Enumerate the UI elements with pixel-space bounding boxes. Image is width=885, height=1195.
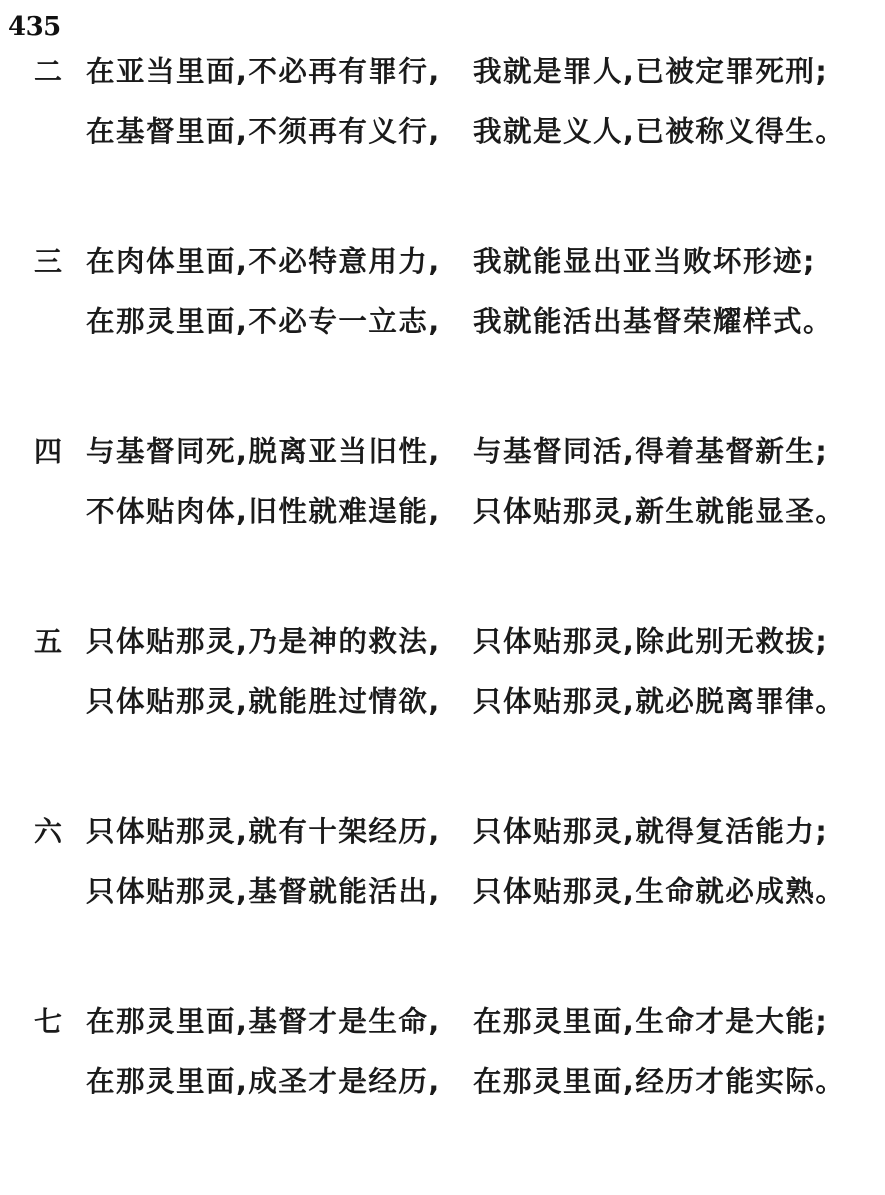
verse-line-second-half: 只体贴那灵,就必脱离罪律。 (473, 684, 845, 720)
stanza-7: 七 在那灵里面,基督才是生命, 在那灵里面,生命才是大能; 在那灵里面,成圣才是… (0, 1004, 885, 1134)
verse-line-second-half: 与基督同活,得着基督新生; (473, 434, 828, 470)
verse-line-second-half: 只体贴那灵,生命就必成熟。 (473, 874, 845, 910)
stanza-5: 五 只体贴那灵,乃是神的救法, 只体贴那灵,除此别无救拔; 只体贴那灵,就能胜过… (0, 624, 885, 754)
verse-line: 在那灵里面,不必专一立志, 我就能活出基督荣耀样式。 (0, 304, 885, 340)
verse-line-first-half: 在那灵里面,基督才是生命, (86, 1004, 441, 1040)
verse-line-second-half: 我就是罪人,已被定罪死刑; (473, 54, 828, 90)
verse-line: 在那灵里面,成圣才是经历, 在那灵里面,经历才能实际。 (0, 1064, 885, 1100)
verse-line-second-half: 只体贴那灵,就得复活能力; (473, 814, 828, 850)
stanza-6: 六 只体贴那灵,就有十架经历, 只体贴那灵,就得复活能力; 只体贴那灵,基督就能… (0, 814, 885, 944)
verse-line-second-half: 我就能活出基督荣耀样式。 (473, 304, 833, 340)
verse-line: 只体贴那灵,就有十架经历, 只体贴那灵,就得复活能力; (0, 814, 885, 850)
verse-line: 只体贴那灵,就能胜过情欲, 只体贴那灵,就必脱离罪律。 (0, 684, 885, 720)
verse-line-second-half: 只体贴那灵,新生就能显圣。 (473, 494, 845, 530)
verse-line-first-half: 在那灵里面,成圣才是经历, (86, 1064, 441, 1100)
verse-line-first-half: 不体贴肉体,旧性就难逞能, (86, 494, 441, 530)
verse-line: 在那灵里面,基督才是生命, 在那灵里面,生命才是大能; (0, 1004, 885, 1040)
verse-line: 在肉体里面,不必特意用力, 我就能显出亚当败坏形迹; (0, 244, 885, 280)
verse-line-second-half: 我就能显出亚当败坏形迹; (473, 244, 816, 280)
verse-line-first-half: 只体贴那灵,乃是神的救法, (86, 624, 441, 660)
verse-line: 在亚当里面,不必再有罪行, 我就是罪人,已被定罪死刑; (0, 54, 885, 90)
verse-line-first-half: 只体贴那灵,基督就能活出, (86, 874, 441, 910)
verse-line: 与基督同死,脱离亚当旧性, 与基督同活,得着基督新生; (0, 434, 885, 470)
verse-line-second-half: 我就是义人,已被称义得生。 (473, 114, 845, 150)
verse-line-first-half: 只体贴那灵,就有十架经历, (86, 814, 441, 850)
verse-line: 只体贴那灵,基督就能活出, 只体贴那灵,生命就必成熟。 (0, 874, 885, 910)
verse-line-first-half: 与基督同死,脱离亚当旧性, (86, 434, 441, 470)
stanza-4: 四 与基督同死,脱离亚当旧性, 与基督同活,得着基督新生; 不体贴肉体,旧性就难… (0, 434, 885, 564)
verse-line: 在基督里面,不须再有义行, 我就是义人,已被称义得生。 (0, 114, 885, 150)
verse-line-first-half: 在亚当里面,不必再有罪行, (86, 54, 441, 90)
verse-line-first-half: 只体贴那灵,就能胜过情欲, (86, 684, 441, 720)
verse-line: 只体贴那灵,乃是神的救法, 只体贴那灵,除此别无救拔; (0, 624, 885, 660)
verse-line-second-half: 在那灵里面,生命才是大能; (473, 1004, 828, 1040)
verse-line-first-half: 在基督里面,不须再有义行, (86, 114, 441, 150)
verse-line-first-half: 在肉体里面,不必特意用力, (86, 244, 441, 280)
verse-line-first-half: 在那灵里面,不必专一立志, (86, 304, 441, 340)
verse-line-second-half: 在那灵里面,经历才能实际。 (473, 1064, 845, 1100)
verse-line-second-half: 只体贴那灵,除此别无救拔; (473, 624, 828, 660)
verse-line: 不体贴肉体,旧性就难逞能, 只体贴那灵,新生就能显圣。 (0, 494, 885, 530)
page-number: 435 (8, 12, 61, 42)
stanza-2: 二 在亚当里面,不必再有罪行, 我就是罪人,已被定罪死刑; 在基督里面,不须再有… (0, 54, 885, 184)
stanza-3: 三 在肉体里面,不必特意用力, 我就能显出亚当败坏形迹; 在那灵里面,不必专一立… (0, 244, 885, 374)
